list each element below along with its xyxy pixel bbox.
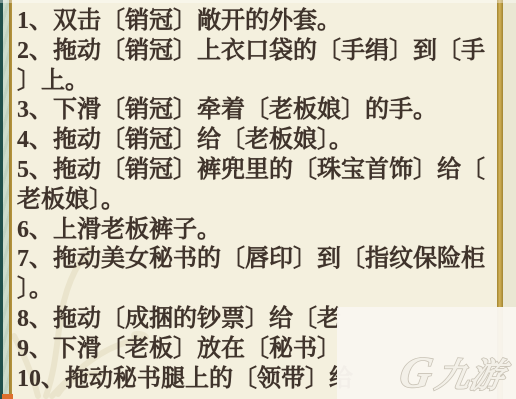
instruction-item-1: 1、双击〔销冠〕敞开的外套。 <box>17 7 489 37</box>
bottom-left-orange-accent <box>2 394 13 399</box>
instruction-item-5: 5、拖动〔销冠〕裤兜里的〔珠宝首饰〕给〔老板娘〕。 <box>17 156 489 216</box>
jiuyou-logo-text: 九游 <box>432 357 512 395</box>
instruction-item-4: 4、拖动〔销冠〕给〔老板娘〕。 <box>17 126 489 156</box>
watermark-overlay: G 九游 <box>337 307 516 399</box>
jiuyou-watermark: G 九游 <box>390 341 516 399</box>
left-gold-border <box>9 0 12 399</box>
guide-panel: 1、双击〔销冠〕敞开的外套。 2、拖动〔销冠〕上衣口袋的〔手绢〕到〔手〕上。 3… <box>0 0 516 399</box>
instruction-item-2: 2、拖动〔销冠〕上衣口袋的〔手绢〕到〔手〕上。 <box>17 37 489 97</box>
instruction-item-3: 3、下滑〔销冠〕牵着〔老板娘〕的手。 <box>17 96 489 126</box>
instruction-item-6: 6、上滑老板裤子。 <box>17 216 489 246</box>
instruction-item-7: 7、拖动美女秘书的〔唇印〕到〔指纹保险柜〕。 <box>17 245 489 305</box>
jiuyou-logo-icon: G <box>396 347 437 397</box>
